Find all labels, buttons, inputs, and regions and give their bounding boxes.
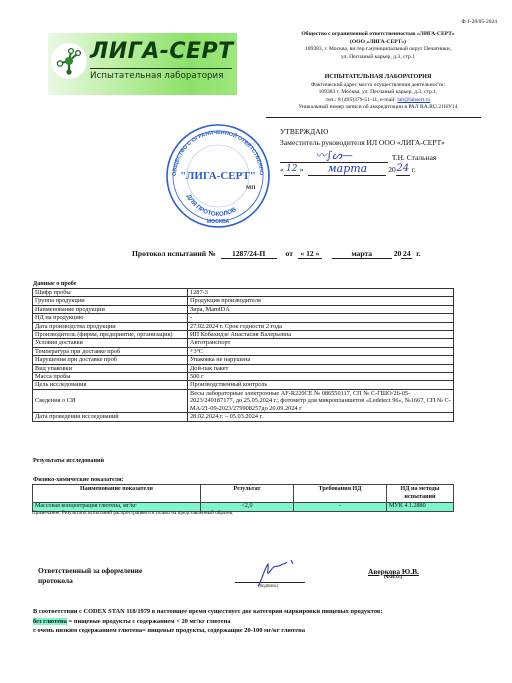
codex-highlight: без глютена [33, 618, 67, 625]
codex-note: В соответствии с CODEX STAN 118/1979 в н… [33, 607, 382, 636]
sample-section-title: Данные о пробе [33, 281, 76, 287]
row-label: Условия доставки [33, 339, 188, 347]
result-method: МУК 4.1.2880 [387, 503, 454, 512]
laboratory-info: ИСПЫТАТЕЛЬНАЯ ЛАБОРАТОРИЯ Фактический ад… [258, 73, 498, 112]
org-name-full: Общество с ограниченной ответственностью… [301, 31, 454, 37]
responsible-label-line2: протокола [38, 576, 142, 586]
name-caption: (Ф.И.О.) [384, 575, 402, 580]
row-value: Производственный контроль [188, 381, 454, 389]
protocol-year-end: г. [416, 249, 421, 258]
row-value: ИП Кобахидзе Анастасия Валерьевна [188, 331, 454, 339]
codex-line1: В соответствии с CODEX STAN 118/1979 в н… [33, 607, 382, 617]
approval-position: Заместитель руководителя ИЛ ООО «ЛИГА-СЕ… [280, 138, 445, 149]
approval-day: 12 [284, 164, 300, 176]
lab-phone: тел.: 8 (495)379-51-11, e-mail: [326, 97, 398, 103]
logo-divider [90, 68, 232, 69]
table-row: Условия доставкиАвтотранспорт [33, 339, 454, 347]
protocol-label: Протокол испытаний № [132, 249, 216, 258]
row-label: Производитель (фирма, предприятие, орган… [33, 331, 188, 339]
org-address-line1: 109383, г. Москва, вн.тер.г.муниципальны… [258, 46, 498, 54]
org-name-short: (ООО «ЛИГА-СЕРТ») [350, 39, 406, 45]
approval-year-prefix: 20 [388, 165, 396, 174]
row-value: 27.02.2024 г. Срок годности 2 года [188, 322, 454, 330]
row-value: Автотранспорт [188, 339, 454, 347]
responsible-label-line1: Ответственный за оформление [38, 566, 142, 576]
col-header-requirement: Требования НД [294, 485, 387, 503]
lab-title: ИСПЫТАТЕЛЬНАЯ ЛАБОРАТОРИЯ [325, 73, 432, 80]
table-row: Цель исследованияПроизводственный контро… [33, 381, 454, 389]
protocol-number: 1287/24-П [221, 249, 277, 259]
table-row: Дата производства продукции27.02.2024 г.… [33, 322, 454, 330]
stamp-city-text: МОСКВА [207, 219, 230, 225]
table-row: Вид упаковкиДой-пак пакет [33, 364, 454, 372]
col-header-name: Наименование показателя [33, 485, 201, 503]
lab-email-link[interactable]: lab@labsert.ru [397, 97, 430, 103]
protocol-day: « 12 » [298, 249, 322, 259]
stamp-mp: МП [246, 185, 256, 191]
protocol-from: от [286, 249, 293, 258]
table-header-row: Наименование показателя Результат Требов… [33, 485, 454, 503]
molecule-icon [51, 43, 87, 79]
codex-line2: = пищевые продукты с содержанием < 20 мг… [67, 618, 231, 625]
row-value: Упаковка не нарушена [188, 356, 454, 364]
logo-title: ЛИГА-СЕРТ [90, 39, 234, 64]
approval-month: марта [308, 164, 386, 176]
table-row: Дата проведения исследований28.02.2024 г… [33, 413, 454, 421]
lab-accreditation: Уникальный номер записи об аккредитации … [258, 104, 498, 112]
row-label: Нарушения при доставке проб [33, 356, 188, 364]
protocol-year-suffix: 24 [401, 249, 412, 259]
organization-info: Общество с ограниченной ответственностью… [258, 31, 498, 61]
table-row: Температура при доставке проб+3ºС [33, 347, 454, 355]
col-header-result: Результат [201, 485, 294, 503]
table-row: Сведения о СИВесы лабораторные электронн… [33, 389, 454, 412]
table-row: Шифр пробы1287-3 [33, 289, 454, 297]
result-requirement: - [294, 503, 387, 512]
results-table: Наименование показателя Результат Требов… [32, 484, 454, 512]
results-note: Примечание. Результаты испытаний распрос… [32, 510, 232, 516]
protocol-title: Протокол испытаний № 1287/24-П от « 12 »… [132, 249, 421, 259]
approval-name: Т.Н. Стальная [392, 153, 437, 162]
responsible-label: Ответственный за оформление протокола [38, 566, 142, 586]
row-value: Весы лабораторные электронные AF-R220CE … [188, 389, 454, 412]
row-value: Дой-пак пакет [188, 364, 454, 372]
col-header-method: НД на методы испытаний [387, 485, 454, 503]
row-label: Наименование продукции [33, 305, 188, 313]
approval-year-suffix: 24 [396, 164, 410, 176]
org-address-line2: ул. Песчаный карьер, д.3, стр.1 [258, 54, 498, 62]
row-label: Сведения о СИ [33, 389, 188, 412]
table-row: НД на продукцию- [33, 314, 454, 322]
row-value: 500 г [188, 373, 454, 381]
svg-text:ОБЩЕСТВО С ОГРАНИЧЕННОЙ ОТВЕТС: ОБЩЕСТВО С ОГРАНИЧЕННОЙ ОТВЕТСТВЕННОСТЬЮ… [162, 122, 264, 176]
results-section-title: Результаты исследований [33, 458, 104, 464]
row-label: Дата проведения исследований [33, 413, 188, 421]
row-label: НД на продукцию [33, 314, 188, 322]
approval-title: УТВЕРЖДАЮ [280, 127, 445, 138]
svg-text:ДЛЯ ПРОТОКОЛОВ: ДЛЯ ПРОТОКОЛОВ [185, 193, 238, 218]
table-row: Производитель (фирма, предприятие, орган… [33, 331, 454, 339]
row-value: 28.02.2024 г. – 05.03.2024 г. [188, 413, 454, 421]
table-row: Группа продукцииПродукция производителя [33, 297, 454, 305]
sample-data-table: Шифр пробы1287-3 Группа продукцииПродукц… [32, 288, 454, 422]
stamp-center-text: "ЛИГА-СЕРТ" [180, 170, 256, 182]
lab-address: 109383 г. Москва, ул. Песчаный карьер, д… [258, 89, 498, 97]
row-label: Шифр пробы [33, 289, 188, 297]
row-value: Продукция производителя [188, 297, 454, 305]
row-label: Вид упаковки [33, 364, 188, 372]
approval-year-end: г. [412, 165, 416, 174]
protocol-month: марта [332, 249, 392, 259]
stamp-bottom-text: ДЛЯ ПРОТОКОЛОВ [185, 193, 238, 218]
logo-subtitle: Испытательная лаборатория [90, 71, 223, 81]
results-subtitle: Физико-химические показатели: [33, 477, 124, 483]
seal-stamp: ОБЩЕСТВО С ОГРАНИЧЕННОЙ ОТВЕТСТВЕННОСТЬЮ… [162, 122, 274, 230]
company-logo: ЛИГА-СЕРТ Испытательная лаборатория [48, 33, 237, 95]
responsible-signature [235, 560, 305, 583]
row-label: Масса пробы [33, 373, 188, 381]
codex-line3: с очень низким содержанием глютена= пище… [33, 626, 382, 636]
row-value: 1287-3 [188, 289, 454, 297]
table-row: Нарушения при доставке пробУпаковка не н… [33, 356, 454, 364]
row-value: Зира, MamiDA [188, 305, 454, 313]
row-label: Температура при доставке проб [33, 347, 188, 355]
table-row: Масса пробы500 г [33, 373, 454, 381]
row-value: +3ºС [188, 347, 454, 355]
form-code: Ф 1-28/05-2024 [461, 19, 497, 25]
table-row: Наименование продукцииЗира, MamiDA [33, 305, 454, 313]
row-label: Группа продукции [33, 297, 188, 305]
row-label: Цель исследования [33, 381, 188, 389]
header-divider [266, 117, 481, 118]
signature-caption: (подпись) [258, 584, 278, 589]
stamp-ring-text: ОБЩЕСТВО С ОГРАНИЧЕННОЙ ОТВЕТСТВЕННОСТЬЮ… [162, 122, 264, 176]
row-label: Дата производства продукции [33, 322, 188, 330]
approval-block: УТВЕРЖДАЮ Заместитель руководителя ИЛ ОО… [280, 127, 445, 176]
protocol-year-prefix: 20 [394, 249, 402, 258]
row-value: - [188, 314, 454, 322]
